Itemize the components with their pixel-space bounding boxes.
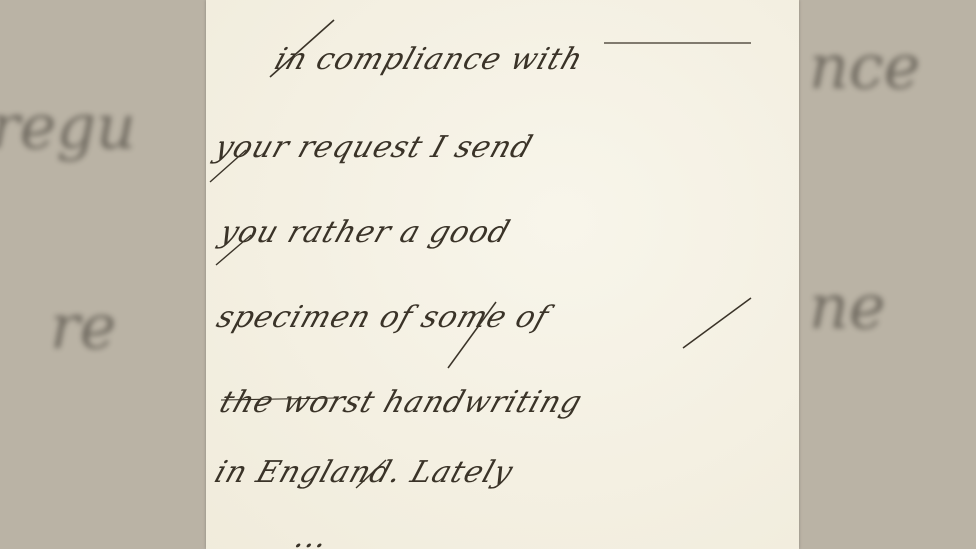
blurred-ink-fragment: nce bbox=[809, 30, 920, 103]
blurred-background-left: regu re bbox=[0, 0, 206, 549]
blurred-background-right: nce ne bbox=[799, 0, 976, 549]
pen-flourish-strokes bbox=[206, 0, 799, 549]
blurred-ink-fragment: regu bbox=[0, 90, 136, 163]
blurred-ink-fragment: re bbox=[50, 290, 116, 363]
blurred-ink-fragment: ne bbox=[809, 270, 886, 343]
letter-page: in compliance with your request I send y… bbox=[206, 0, 799, 549]
